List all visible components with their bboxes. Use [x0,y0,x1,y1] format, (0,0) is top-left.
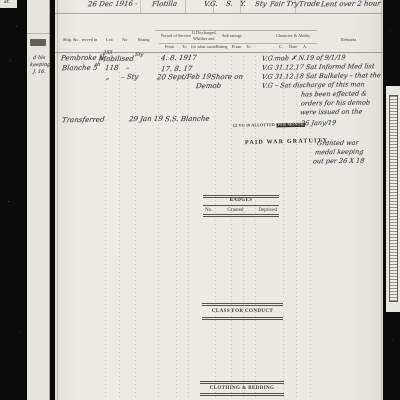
entry-cause: Demob [196,83,222,90]
entry-no: 118 [105,65,119,72]
prev-page-handwriting: J. 16. [33,70,46,75]
transfer-ship: S.S. Blanche [165,116,210,124]
header-remarks-label: Remarks [341,38,356,42]
column-rule [243,52,244,400]
top-row-fragment: 26 Dec 1916 - [88,1,138,9]
column-rule [188,52,189,400]
previous-page-strip: d his keeping J. 16. [27,0,50,400]
top-row-fragment: V.G. [204,1,219,8]
top-row-fragment: S. [226,1,234,8]
column-tick [213,0,214,13]
allotment-stamp-highlight: PER MONTH [276,123,305,128]
allotment-stamp-text: £2 VG 10 ALLOTTED [233,123,276,128]
header-subrating-label: Rating [216,45,228,49]
corner-handwriting: st. [4,0,11,5]
class-for-conduct-header: CLASS FOR CONDUCT [202,303,283,320]
prev-page-handwriting: d his [33,56,46,61]
remark-date: 26 Jany/19 [301,120,337,127]
header-subratings-label: Sub ratings [222,34,242,38]
granted-note: medal keeping [315,149,364,156]
clothing-bedding-title: CLOTHING & BEDDING [210,386,275,392]
header-period-label: Period of Service [161,34,191,38]
print-smudge [30,39,46,46]
table-bottom-rule [55,13,383,14]
entry-date-from: 4. 8. 1917 [161,55,198,62]
header-date-label: Date [289,45,297,49]
column-rule [135,52,136,400]
column-tick [140,0,141,13]
remark-line: has been effected & [301,91,368,98]
allotment-stamp: £2 VG 10 ALLOTTED PER MONTH [233,123,305,129]
prev-page-rule [27,33,50,34]
entry-ship: Blanche 5 [62,65,98,72]
right-margin-strip [386,86,400,312]
column-rule [296,52,297,400]
entry-note: – Sty [121,74,139,81]
header-character-label: Character & Ability [276,34,310,38]
top-row-fragment: Lent over 2 hour [321,1,381,9]
page-edge-line [381,0,382,400]
class-for-conduct-title: CLASS FOR CONDUCT [212,309,273,315]
transfer-date: 29 Jan 19 [129,116,164,123]
remark-line: were issued on the [300,109,363,116]
column-rule [176,52,177,400]
granted-note: Granted war [317,140,359,147]
entry-superscript: th [95,63,101,68]
header-discharged-label: Whither and [193,37,214,41]
header-rule [155,30,317,31]
column-rule [255,52,256,400]
header-subfrom-label: From [232,45,241,49]
prev-page-edge [49,0,50,400]
remark-line: V.G.mob ✗ N.19 of 9/1/19 [262,54,346,62]
badges-col-no: No. [205,207,212,214]
column-tick [295,0,296,13]
header-a-label: A. [303,45,307,49]
remark-line: V.G – Sat discharge of this man [261,81,365,89]
header-rating-label: Rating [138,38,150,42]
header-discharged-label: for what cause [191,45,216,49]
transfer-label: Transferred [62,117,105,125]
column-rule [119,52,120,400]
entry-ditto: „ [106,74,111,81]
vertical-label-illegible [389,95,398,302]
top-row-fragment: Trade [299,1,321,8]
column-rule [215,52,216,400]
entry-date: 20 Sept/Feb 19 [157,74,212,82]
column-rule [105,52,106,400]
remark-line: orders for his demob [301,100,371,107]
column-rule [231,52,232,400]
header-ship-label: Ship, &c., served in [63,38,97,42]
badges-table: BADGES No. Granted Deprived [203,195,279,217]
service-record-page: 26 Dec 1916 - Flotilla V.G. S. Y. Sty Fa… [55,0,383,400]
column-tick [185,0,186,13]
top-row-fragment: Flotilla [152,1,178,8]
page-edge-line [57,0,58,400]
clothing-bedding-header: CLOTHING & BEDDING [200,381,284,396]
header-c-label: C. [279,45,283,49]
top-row-fragment: Sty [255,1,267,8]
badges-rule [203,205,279,206]
remark-line: V.G 31.12.17 Sat Informd Med list [261,63,374,71]
badges-col-deprived: Deprived [258,207,277,214]
badges-title: BADGES [230,198,253,204]
header-subto-label: To [246,45,251,49]
granted-note: out per 26 X 18 [313,158,365,165]
header-no-label: No. [122,38,128,42]
header-from-label: From [165,45,174,49]
entry-rating: Sty [135,53,144,58]
badges-col-granted: Granted [227,207,243,214]
page-corner-fragment: st. [0,0,17,8]
entry-cause: Shore on [211,74,244,81]
header-list-label: List [106,38,113,42]
prev-page-handwriting: keeping [30,63,51,68]
header-rule [159,43,317,44]
header-to-label: To [182,45,187,49]
entry-dash: – [126,65,130,72]
column-rule [158,52,159,400]
column-tick [240,0,241,13]
column-rule [283,52,284,400]
entry-note: Mobilised [99,56,135,63]
header-discharged-label: If Discharged, [192,31,217,35]
remark-line: V.G 31.12.18 Sat Bulkeley – that the [261,72,381,80]
